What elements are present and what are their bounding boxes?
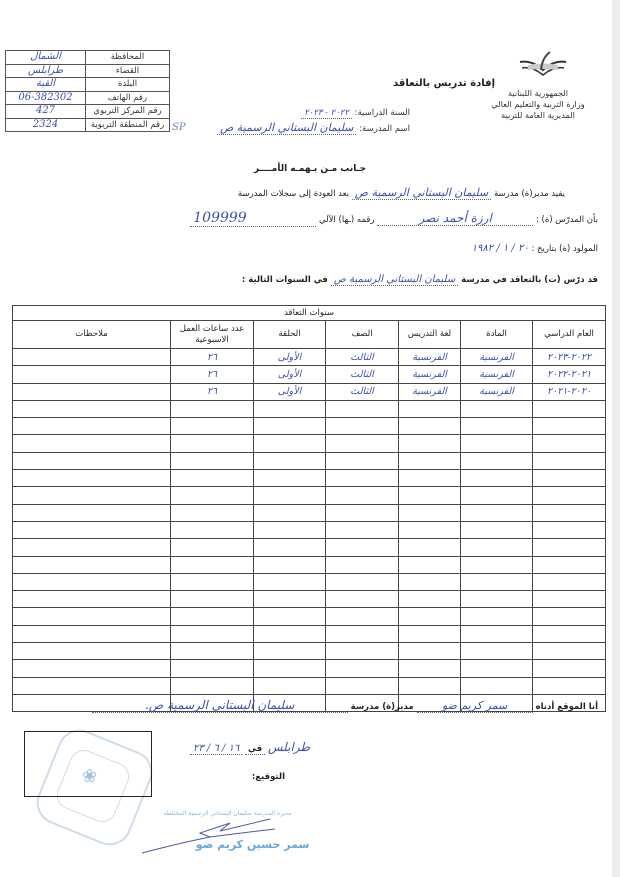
empty-cell — [533, 487, 606, 504]
empty-cell — [326, 677, 399, 694]
empty-cell — [399, 470, 461, 487]
republic-label: الجمهورية اللبنانية — [478, 88, 598, 99]
school-name-line: اسم المدرسة: سليمان البستاني الرسمية ص — [170, 121, 410, 134]
empty-cell — [254, 625, 326, 642]
empty-cell — [533, 400, 606, 417]
empty-cell — [326, 487, 399, 504]
empty-cell — [13, 418, 171, 435]
empty-cell — [399, 591, 461, 608]
cell-school-year: ٢٠٢١-٢٠٢٢ — [533, 366, 606, 383]
cell-subject: الفرنسية — [461, 383, 533, 400]
undersigned-declaration: أنا الموقع أدناه سمر كريم ضو مدير(ة) مدر… — [30, 698, 598, 713]
empty-cell — [533, 625, 606, 642]
empty-cell — [461, 608, 533, 625]
school-year-label: السنة الدراسية: — [355, 108, 410, 118]
empty-cell — [13, 677, 171, 694]
town-label: البلدة — [86, 78, 170, 92]
empty-cell — [171, 625, 254, 642]
empty-cell — [254, 504, 326, 521]
teacher-name: ارزة أحمد نصر — [377, 211, 533, 226]
para4-suffix: في السنوات التالية : — [242, 275, 328, 285]
empty-cell — [254, 556, 326, 573]
empty-cell — [399, 556, 461, 573]
empty-cell — [13, 452, 171, 469]
center-number-value: 427 — [6, 105, 86, 119]
empty-cell — [533, 677, 606, 694]
table-row-empty — [13, 677, 606, 694]
director-name: سمر كريم ضو — [417, 699, 533, 713]
empty-cell — [13, 539, 171, 556]
empty-cell — [254, 608, 326, 625]
empty-cell — [399, 677, 461, 694]
empty-cell — [13, 660, 171, 677]
governorate-value: الشمال — [6, 51, 86, 65]
empty-cell — [399, 660, 461, 677]
cell-school-year: ٢٠٢٠-٢٠٢١ — [533, 383, 606, 400]
table-row-empty — [13, 470, 606, 487]
empty-cell — [326, 643, 399, 660]
empty-cell — [171, 435, 254, 452]
col-weekly-hours: عدد ساعات العمل الاسبوعية — [171, 321, 254, 349]
cell-hours: ٢٦ — [171, 366, 254, 383]
table-row-empty — [13, 660, 606, 677]
empty-cell — [326, 470, 399, 487]
table-row-empty — [13, 608, 606, 625]
empty-cell — [533, 504, 606, 521]
info-row-center: 427 رقم المركز التربوي — [6, 105, 170, 119]
empty-cell — [171, 539, 254, 556]
empty-cell — [461, 452, 533, 469]
cell-notes — [13, 349, 171, 366]
cell-cycle: الأولى — [254, 366, 326, 383]
empty-cell — [254, 400, 326, 417]
empty-cell — [13, 608, 171, 625]
teacher-label: بأن المدرّس (ة) : — [536, 215, 598, 225]
empty-cell — [399, 643, 461, 660]
empty-cell — [326, 435, 399, 452]
empty-cell — [171, 677, 254, 694]
issue-date-value: ١٦ / ٦ / ٢٣ — [190, 743, 242, 755]
empty-cell — [13, 400, 171, 417]
empty-cell — [254, 435, 326, 452]
empty-cell — [326, 608, 399, 625]
empty-cell — [254, 470, 326, 487]
empty-cell — [254, 660, 326, 677]
region-number-value: 2324 — [6, 118, 86, 132]
col-notes: ملاحظات — [13, 321, 171, 349]
empty-cell — [399, 418, 461, 435]
school-name-label: اسم المدرسة: — [359, 124, 410, 134]
table-row-empty — [13, 452, 606, 469]
cell-cycle: الأولى — [254, 383, 326, 400]
ministry-header: الجمهورية اللبنانية وزارة التربية والتعل… — [478, 88, 598, 121]
birth-date-value: ٢٠ / ١ / ١٩٨٢ — [472, 243, 529, 254]
empty-cell — [13, 591, 171, 608]
date-in-label: في — [245, 744, 265, 755]
cell-grade: الثالث — [326, 366, 399, 383]
table-row-empty — [13, 539, 606, 556]
cell-subject: الفرنسية — [461, 366, 533, 383]
empty-cell — [326, 452, 399, 469]
empty-cell — [254, 452, 326, 469]
school-year-value: ٢٠٢٢ - ٢٠٢٣ — [301, 108, 352, 119]
empty-cell — [13, 573, 171, 590]
info-row-district: طرابلس القضاء — [6, 64, 170, 78]
empty-cell — [13, 504, 171, 521]
empty-cell — [171, 521, 254, 538]
empty-cell — [171, 504, 254, 521]
place-date-line: طرابلس في ١٦ / ٦ / ٢٣ — [150, 740, 310, 754]
para1-school-name: سليمان البستاني الرسمية ص — [352, 186, 491, 200]
empty-cell — [461, 487, 533, 504]
cell-notes — [13, 383, 171, 400]
empty-cell — [254, 591, 326, 608]
empty-cell — [533, 660, 606, 677]
birth-date-label: المولود (ة) بتاريخ : — [531, 244, 598, 254]
empty-cell — [461, 418, 533, 435]
empty-cell — [171, 470, 254, 487]
empty-cell — [399, 625, 461, 642]
empty-cell — [326, 660, 399, 677]
phone-value: 06-382302 — [6, 91, 86, 105]
cell-language: الفرنسية — [399, 366, 461, 383]
region-number-label: رقم المنطقة التربوية — [86, 118, 170, 132]
empty-cell — [399, 504, 461, 521]
empty-cell — [171, 400, 254, 417]
info-row-town: القبة البلدة — [6, 78, 170, 92]
empty-cell — [461, 625, 533, 642]
empty-cell — [326, 591, 399, 608]
school-year-line: السنة الدراسية: ٢٠٢٢ - ٢٠٢٣ — [260, 108, 410, 118]
table-row-empty — [13, 625, 606, 642]
empty-cell — [171, 452, 254, 469]
ministry-book-logo-icon — [518, 50, 568, 80]
empty-cell — [13, 470, 171, 487]
signature-label: التوقيع: — [220, 772, 285, 782]
empty-cell — [533, 591, 606, 608]
empty-cell — [326, 539, 399, 556]
directorate-label: المديرية العامة للتربية — [478, 110, 598, 121]
empty-cell — [461, 591, 533, 608]
empty-cell — [461, 504, 533, 521]
table-row-empty — [13, 504, 606, 521]
undersigned-label: أنا الموقع أدناه — [536, 702, 598, 712]
town-value: القبة — [6, 78, 86, 92]
stamp-frame-box — [24, 731, 152, 797]
table-row: ٢٠٢٠-٢٠٢١ الفرنسية الفرنسية الثالث الأول… — [13, 383, 606, 400]
cell-hours: ٢٦ — [171, 383, 254, 400]
empty-cell — [326, 521, 399, 538]
empty-cell — [171, 643, 254, 660]
cell-cycle: الأولى — [254, 349, 326, 366]
cell-grade: الثالث — [326, 383, 399, 400]
teacher-number-label: رقمه (ـها) الآلي — [319, 215, 375, 225]
empty-cell — [461, 660, 533, 677]
empty-cell — [254, 539, 326, 556]
empty-cell — [533, 470, 606, 487]
empty-cell — [254, 573, 326, 590]
table-row-empty — [13, 573, 606, 590]
center-number-label: رقم المركز التربوي — [86, 105, 170, 119]
table-row-empty — [13, 418, 606, 435]
empty-cell — [326, 573, 399, 590]
table-row-empty — [13, 643, 606, 660]
para1-suffix: بعد العودة إلى سجلات المدرسة — [238, 189, 349, 199]
col-school-year: العام الدراسي — [533, 321, 606, 349]
table-row-empty — [13, 591, 606, 608]
empty-cell — [13, 625, 171, 642]
empty-cell — [13, 521, 171, 538]
school-name-value: سليمان البستاني الرسمية ص — [217, 121, 356, 135]
empty-cell — [533, 418, 606, 435]
empty-cell — [399, 487, 461, 504]
document-title: إفادة تدريس بالتعاقد — [385, 78, 495, 89]
contract-years-table: سنوات التعاقد العام الدراسي المادة لغة ا… — [12, 305, 606, 712]
location-info-table: الشمال المحافظة طرابلس القضاء القبة البل… — [5, 50, 170, 132]
district-value: طرابلس — [6, 64, 86, 78]
empty-cell — [533, 435, 606, 452]
empty-cell — [171, 573, 254, 590]
col-teaching-language: لغة التدريس — [399, 321, 461, 349]
empty-cell — [533, 573, 606, 590]
district-label: القضاء — [86, 64, 170, 78]
empty-cell — [171, 556, 254, 573]
empty-cell — [254, 487, 326, 504]
col-subject: المادة — [461, 321, 533, 349]
empty-cell — [461, 435, 533, 452]
empty-cell — [326, 556, 399, 573]
ministry-label: وزارة التربية والتعليم العالي — [478, 99, 598, 110]
cell-hours: ٢٦ — [171, 349, 254, 366]
cell-notes — [13, 366, 171, 383]
paragraph-teacher: بأن المدرّس (ة) : ارزة أحمد نصر رقمه (ـه… — [150, 210, 598, 227]
empty-cell — [171, 608, 254, 625]
empty-cell — [326, 418, 399, 435]
governorate-label: المحافظة — [86, 51, 170, 65]
table-row-empty — [13, 400, 606, 417]
cell-school-year: ٢٠٢٢-٢٠٢٣ — [533, 349, 606, 366]
empty-cell — [254, 418, 326, 435]
table-row-empty — [13, 487, 606, 504]
empty-cell — [13, 435, 171, 452]
empty-cell — [399, 452, 461, 469]
para1-prefix: يفيد مدير(ة) مدرسة — [494, 189, 565, 199]
empty-cell — [461, 677, 533, 694]
cell-language: الفرنسية — [399, 349, 461, 366]
table-row-empty — [13, 435, 606, 452]
empty-cell — [461, 573, 533, 590]
empty-cell — [399, 539, 461, 556]
info-row-phone: 06-382302 رقم الهاتف — [6, 91, 170, 105]
empty-cell — [533, 608, 606, 625]
col-grade: الصف — [326, 321, 399, 349]
empty-cell — [461, 643, 533, 660]
empty-cell — [326, 400, 399, 417]
empty-cell — [461, 539, 533, 556]
empty-cell — [171, 418, 254, 435]
empty-cell — [399, 400, 461, 417]
info-row-region: 2324 رقم المنطقة التربوية — [6, 118, 170, 132]
director-of-school-label: مدير(ة) مدرسة — [351, 702, 414, 712]
cell-grade: الثالث — [326, 349, 399, 366]
para4-prefix: قد درّس (ت) بالتعاقد في مدرسة — [461, 275, 598, 285]
empty-cell — [399, 521, 461, 538]
empty-cell — [461, 470, 533, 487]
empty-cell — [171, 660, 254, 677]
empty-cell — [461, 400, 533, 417]
empty-cell — [13, 643, 171, 660]
para4-school-name: سليمان البستاني الرسمية ص — [331, 274, 458, 286]
place-value: طرابلس — [268, 740, 310, 754]
empty-cell — [326, 625, 399, 642]
teacher-number: 109999 — [190, 210, 316, 227]
signer-name: سمر حسين كريم ضو — [190, 838, 315, 851]
cell-language: الفرنسية — [399, 383, 461, 400]
scan-edge-strip — [612, 0, 620, 877]
info-row-governorate: الشمال المحافظة — [6, 51, 170, 65]
empty-cell — [461, 556, 533, 573]
empty-cell — [533, 521, 606, 538]
empty-cell — [533, 539, 606, 556]
table-row: ٢٠٢٢-٢٠٢٣ الفرنسية الفرنسية الثالث الأول… — [13, 349, 606, 366]
empty-cell — [13, 556, 171, 573]
cell-subject: الفرنسية — [461, 349, 533, 366]
empty-cell — [533, 643, 606, 660]
phone-label: رقم الهاتف — [86, 91, 170, 105]
contract-years-group-header: سنوات التعاقد — [13, 306, 606, 321]
empty-cell — [533, 556, 606, 573]
empty-cell — [13, 487, 171, 504]
empty-cell — [254, 521, 326, 538]
table-row: ٢٠٢١-٢٠٢٢ الفرنسية الفرنسية الثالث الأول… — [13, 366, 606, 383]
empty-cell — [171, 591, 254, 608]
empty-cell — [533, 452, 606, 469]
empty-cell — [254, 677, 326, 694]
director-school-name: سليمان البستاني الرسمية ص. — [92, 698, 348, 713]
empty-cell — [399, 573, 461, 590]
empty-cell — [171, 487, 254, 504]
empty-cell — [254, 643, 326, 660]
empty-cell — [326, 504, 399, 521]
paragraph-director-statement: يفيد مدير(ة) مدرسة سليمان البستاني الرسم… — [200, 186, 565, 199]
table-row-empty — [13, 556, 606, 573]
table-row-empty — [13, 521, 606, 538]
to-whom-it-may-concern-heading: جـانب مـن يـهمـه الأمــــر — [240, 164, 380, 174]
col-cycle: الحلقة — [254, 321, 326, 349]
paragraph-contract-years: قد درّس (ت) بالتعاقد في مدرسة سليمان الب… — [205, 274, 598, 285]
empty-cell — [399, 608, 461, 625]
empty-cell — [399, 435, 461, 452]
empty-cell — [461, 521, 533, 538]
paragraph-birth-date: المولود (ة) بتاريخ : ٢٠ / ١ / ١٩٨٢ — [360, 243, 598, 254]
